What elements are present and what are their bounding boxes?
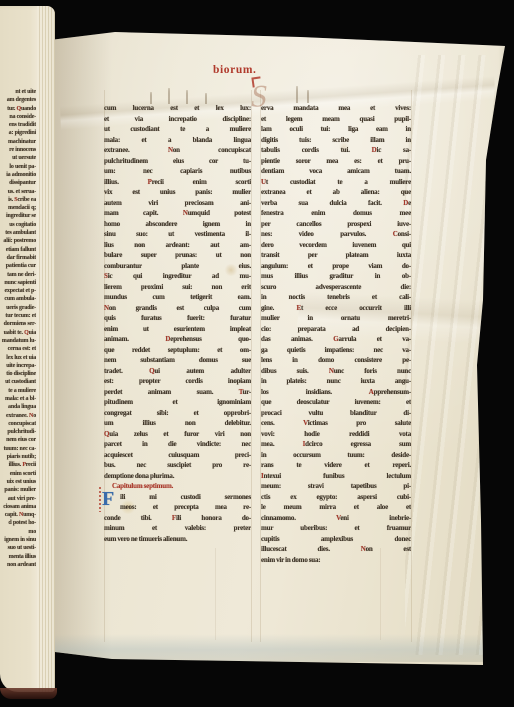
text-line: quis furatus fuerit: furatur bbox=[104, 313, 251, 324]
facing-text-fragment: tam ne deri- bbox=[1, 271, 36, 279]
facing-text-fragment: nt et uite bbox=[1, 88, 36, 96]
ruling-line bbox=[215, 548, 216, 640]
facing-text-fragment: us. et serua- bbox=[1, 188, 36, 196]
facing-text-fragment: menta illius bbox=[1, 553, 36, 561]
text-line: meum: stravi tapetibus pi- bbox=[261, 481, 411, 492]
ascender-flourish bbox=[186, 90, 188, 104]
facing-text-fragment: machinatur bbox=[1, 138, 36, 146]
text-line: procaci vultu blanditur di- bbox=[261, 408, 411, 419]
text-line: parcet in die vindicte: nec bbox=[104, 439, 251, 450]
text-line: in occursum tuum: deside- bbox=[261, 450, 411, 461]
text-line: vovi: hodie reddidi vota bbox=[261, 429, 411, 440]
facing-text-fragment: panis: mulier bbox=[1, 486, 36, 494]
text-line: Non grandis est culpa cum bbox=[104, 303, 251, 314]
facing-text-fragment: lex lux et uia bbox=[1, 354, 36, 362]
facing-text-fragment: re innocens bbox=[1, 146, 36, 154]
facing-text-fragment: capit. Numq- bbox=[1, 511, 36, 519]
text-line: enim ut esurientem impleat bbox=[104, 324, 251, 335]
facing-text-fragment: etiam fallunt bbox=[1, 246, 36, 254]
text-line: minum et valebis: preter bbox=[104, 523, 251, 534]
facing-text-fragment: tes ambulant bbox=[1, 229, 36, 237]
text-line: congregat sibi: et opprobri- bbox=[104, 408, 251, 419]
facing-text-fragment: anda lingua bbox=[1, 403, 36, 411]
text-line: meos: et precepta mea re- bbox=[104, 502, 251, 513]
text-line: gine. Et ecce occurrit illi bbox=[261, 303, 411, 314]
facing-text-fragment: piaris nutib; bbox=[1, 453, 36, 461]
text-line: extranea et ab aliena: que bbox=[261, 187, 411, 198]
text-line: mea. Idcirco egressa sum bbox=[261, 439, 411, 450]
text-line: pulchritudinem eius cor tu- bbox=[104, 156, 251, 167]
text-line: lierem proximi sui: non erit bbox=[104, 282, 251, 293]
text-line: Quia zelus et furor viri non bbox=[104, 429, 251, 440]
facing-page-text: nt et uiteam degentestur. Quandona consi… bbox=[1, 88, 36, 569]
facing-text-fragment: enim scorti bbox=[1, 470, 36, 478]
ascender-flourish bbox=[307, 90, 309, 103]
text-line: nes: video parvulos. Consi- bbox=[261, 229, 411, 240]
text-line: transit per plateam iuxta bbox=[261, 250, 411, 261]
text-line: ili mi custodi sermones bbox=[104, 492, 251, 503]
facing-text-fragment: dar firmabit bbox=[1, 254, 36, 262]
text-line: et via increpatio discipline: bbox=[104, 114, 251, 125]
text-line: dibus suis. Nunc foris nunc bbox=[261, 366, 411, 377]
facing-text-fragment: ia admonitio bbox=[1, 171, 36, 179]
text-line: cinnamomo. Veni inebrie- bbox=[261, 513, 411, 524]
text-column-right: erva mandata mea et vives:et legem meam … bbox=[261, 103, 411, 565]
text-line: um: nec capiaris nutibus bbox=[104, 166, 251, 177]
text-line: lius non ardeant: aut am- bbox=[104, 240, 251, 251]
text-line: autem viri preciosam ani- bbox=[104, 198, 251, 209]
facing-text-fragment: na conside- bbox=[1, 113, 36, 121]
text-line: comburantur plante eius. bbox=[104, 261, 251, 272]
text-line: rans te videre et reperi. bbox=[261, 460, 411, 471]
facing-text-fragment: ignem in sinu bbox=[1, 536, 36, 544]
text-line: verba sua dulcia facit. De bbox=[261, 198, 411, 209]
facing-text-fragment: uite increpa- bbox=[1, 362, 36, 370]
binding-edge bbox=[0, 688, 57, 699]
facing-text-fragment: uix est unius bbox=[1, 478, 36, 486]
text-line: Ut custodiat te a muliere bbox=[261, 177, 411, 188]
text-line: animam. Deprehensus quo- bbox=[104, 334, 251, 345]
facing-text-fragment: ingreditur se bbox=[1, 212, 36, 220]
facing-text-fragment: uabit te. Quia bbox=[1, 329, 36, 337]
text-line: illucescat dies. Non est bbox=[261, 544, 411, 555]
text-line: que deosculatur iuvenem: et bbox=[261, 397, 411, 408]
text-line: le meum mirra et aloe et bbox=[261, 502, 411, 513]
facing-text-fragment: a: pigredini bbox=[1, 129, 36, 137]
facing-text-fragment: concupiscat bbox=[1, 420, 36, 428]
facing-text-fragment: expectat et p- bbox=[1, 287, 36, 295]
text-line: homo abscondere ignem in bbox=[104, 219, 251, 230]
facing-text-fragment: dormiens ser- bbox=[1, 320, 36, 328]
facing-text-fragment: tur tecum: et bbox=[1, 312, 36, 320]
text-line: ctis ex egypto: aspersi cubi- bbox=[261, 492, 411, 503]
facing-text-fragment: dissipantur bbox=[1, 179, 36, 187]
text-line: Intexui funibus lectulum bbox=[261, 471, 411, 482]
facing-text-fragment: mala: et a bl- bbox=[1, 395, 36, 403]
text-line: cio: preparata ad decipien- bbox=[261, 324, 411, 335]
text-line: lens in domo consistere pe- bbox=[261, 355, 411, 366]
facing-text-fragment: ut uersute bbox=[1, 154, 36, 162]
text-line: mala: et a blanda lingua bbox=[104, 135, 251, 146]
facing-text-fragment: cum ambula- bbox=[1, 295, 36, 303]
text-line: mam capit. Numquid potest bbox=[104, 208, 251, 219]
facing-text-fragment: te a muliere bbox=[1, 387, 36, 395]
facing-text-fragment: patientia cur bbox=[1, 262, 36, 270]
facing-text-fragment: ciosam anima bbox=[1, 503, 36, 511]
facing-page-edge: nt et uiteam degentestur. Quandona consi… bbox=[0, 6, 55, 692]
facing-text-fragment: suo ut uesti- bbox=[1, 544, 36, 552]
text-line: extranee. Non concupiscat bbox=[104, 145, 251, 156]
text-line: cens. Victimas pro salute bbox=[261, 418, 411, 429]
facing-text-fragment: mendacii q; bbox=[1, 204, 36, 212]
text-line: que reddet septuplum: et om- bbox=[104, 345, 251, 356]
running-title: biorum. bbox=[213, 63, 257, 77]
text-column-left: cum lucerna est et lex lux:et via increp… bbox=[104, 103, 251, 544]
ascender-flourish bbox=[296, 86, 298, 103]
text-line: illius. Precii enim scorti bbox=[104, 177, 251, 188]
text-line: angulum: et prope viam do- bbox=[261, 261, 411, 272]
text-line: mus illius graditur in ob- bbox=[261, 271, 411, 282]
text-line: est: propter cordis inopiam bbox=[104, 376, 251, 387]
text-line: bus. nec suscipiet pro re- bbox=[104, 460, 251, 471]
text-line: mulier in ornatu meretri- bbox=[261, 313, 411, 324]
text-line: tabulis cordis tui. Dic sa- bbox=[261, 145, 411, 156]
text-line: ut custodiant te a muliere bbox=[104, 124, 251, 135]
text-line: digitis tuis: scribe illam in bbox=[261, 135, 411, 146]
text-line: in plateis: nunc iuxta angu- bbox=[261, 376, 411, 387]
text-line: cupitis amplexibus donec bbox=[261, 534, 411, 545]
text-line: eum vero ne timueris alienum. bbox=[104, 534, 251, 545]
facing-text-fragment: ens tradidit bbox=[1, 121, 36, 129]
facing-text-fragment: tuum: nec ca- bbox=[1, 445, 36, 453]
text-line: dero vecordem iuvenem qui bbox=[261, 240, 411, 251]
text-line: Sic qui ingreditur ad mu- bbox=[104, 271, 251, 282]
facing-text-fragment: d potest ho- bbox=[1, 519, 36, 527]
text-line: fenestra enim domus mee bbox=[261, 208, 411, 219]
chapter-initial-f: F bbox=[102, 488, 116, 510]
facing-text-fragment: cerna est: et bbox=[1, 345, 36, 353]
facing-text-fragment: aut viri pre- bbox=[1, 495, 36, 503]
text-line: mur uberibus: et fruamur bbox=[261, 523, 411, 534]
text-line: pientie soror mea es: et pru- bbox=[261, 156, 411, 167]
facing-text-fragment: mandatum lu- bbox=[1, 337, 36, 345]
facing-text-fragment: tio discipline bbox=[1, 370, 36, 378]
ascender-flourish bbox=[168, 88, 170, 104]
text-line: bulare super prunas: ut non bbox=[104, 250, 251, 261]
facing-text-fragment: mo abscondere bbox=[1, 528, 36, 536]
text-line: dentiam voca amicam tuam. bbox=[261, 166, 411, 177]
text-line: in noctis tenebris et cali- bbox=[261, 292, 411, 303]
ruling-line bbox=[251, 90, 252, 642]
facing-text-fragment: illius. Precii bbox=[1, 461, 36, 469]
text-line: mundus cum tetigerit eam. bbox=[104, 292, 251, 303]
fore-edge-leaves bbox=[37, 6, 55, 692]
text-line: perdet animam suam. Tur- bbox=[104, 387, 251, 398]
facing-text-fragment: ueris gradie- bbox=[1, 304, 36, 312]
text-line: per cancellos prospexi iuve- bbox=[261, 219, 411, 230]
text-line: acquiescet cuiusquam preci- bbox=[104, 450, 251, 461]
text-line: vix est unius panis: mulier bbox=[104, 187, 251, 198]
facing-text-fragment: lo uenit pa- bbox=[1, 163, 36, 171]
parchment-crease bbox=[405, 55, 495, 655]
facing-text-fragment: us cogitatio bbox=[1, 221, 36, 229]
manuscript-photo: biorum. S cum lucerna est et lex lux:et … bbox=[0, 0, 514, 707]
text-line: pitudinem et ignominiam bbox=[104, 397, 251, 408]
facing-text-fragment: alii: postremo bbox=[1, 237, 36, 245]
text-line: das animas. Garrula et va- bbox=[261, 334, 411, 345]
text-line: nem substantiam domus sue bbox=[104, 355, 251, 366]
text-line: enim vir in domo sua: bbox=[261, 555, 411, 566]
text-line: demptione dona plurima. bbox=[104, 471, 251, 482]
text-line: tradet. Qui autem adulter bbox=[104, 366, 251, 377]
chapter-rubric: Capitulum septimum. bbox=[104, 481, 251, 492]
text-line: ga quietis impatiens: nec va- bbox=[261, 345, 411, 356]
text-line: scuro advesperascente die: bbox=[261, 282, 411, 293]
facing-text-fragment: tur. Quando bbox=[1, 105, 36, 113]
ruling-line bbox=[411, 90, 412, 642]
text-line: um illius non delebitur. bbox=[104, 418, 251, 429]
text-line: erva mandata mea et vives: bbox=[261, 103, 411, 114]
text-line: los insidians. Apprehensum- bbox=[261, 387, 411, 398]
facing-text-fragment: am degentes bbox=[1, 96, 36, 104]
text-line: sinu suo: ut vestimenta il- bbox=[104, 229, 251, 240]
facing-text-fragment: non ardeant bbox=[1, 561, 36, 569]
facing-text-fragment: ut custodiant bbox=[1, 378, 36, 386]
facing-text-fragment: extranee. No bbox=[1, 412, 36, 420]
gutter-shadow bbox=[48, 28, 112, 668]
facing-text-fragment: nunc sapienti bbox=[1, 279, 36, 287]
text-line: cum lucerna est et lex lux: bbox=[104, 103, 251, 114]
initial-penwork-flourish bbox=[99, 487, 101, 512]
text-line: conde tibi. Fili honora do- bbox=[104, 513, 251, 524]
facing-text-fragment: pulchritudi- bbox=[1, 428, 36, 436]
text-line: lam oculi tui: liga eam in bbox=[261, 124, 411, 135]
bottom-discoloration bbox=[55, 634, 490, 662]
facing-text-fragment: is. Scribe ea bbox=[1, 196, 36, 204]
manuscript-page: biorum. S cum lucerna est et lex lux:et … bbox=[0, 0, 514, 707]
text-line: et legem meam quasi pupil- bbox=[261, 114, 411, 125]
facing-text-fragment: nem eius cor bbox=[1, 436, 36, 444]
